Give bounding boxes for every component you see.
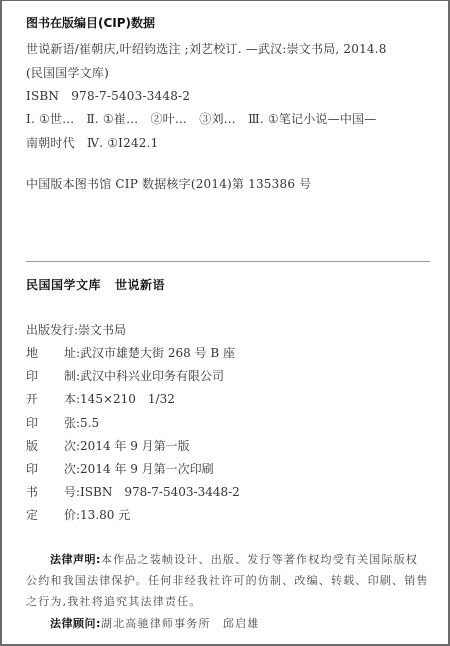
imprint-row: 开本:145×210 1/32 [26,390,175,407]
cip-line-isbn: ISBN 978-7-5403-3448-2 [26,87,190,104]
imprint-key: 印 [26,367,64,384]
imprint-publisher: 出版发行:崇文书局 [26,321,126,338]
imprint-row: 版次:2014 年 9 月第一版 [26,437,190,454]
cip-line-classification-1: Ⅰ. ①世… Ⅱ. ①崔… ②叶… ③刘… Ⅲ. ①笔记小说—中国— [26,110,376,127]
imprint-value: 张:5.5 [64,414,99,431]
imprint-row: 印次:2014 年 9 月第一次印刷 [26,460,214,477]
publisher-value: 崇文书局 [78,321,126,338]
imprint-value: 址:武汉市雄楚大街 268 号 B 座 [64,344,235,361]
section-divider [26,261,430,262]
imprint-row: 地址:武汉市雄楚大街 268 号 B 座 [26,344,235,361]
imprint-row: 印制:武汉中科兴业印务有限公司 [26,367,224,384]
imprint-row: 定价:13.80 元 [26,506,130,523]
legal-counsel-label: 法律顾问: [50,617,101,630]
imprint-value: 次:2014 年 9 月第一次印刷 [64,460,214,477]
imprint-key: 印 [26,414,64,431]
copyright-page: 图书在版编目(CIP)数据 世说新语/崔朝庆,叶绍钧选注 ;刘艺校订. —武汉:… [0,0,450,646]
cip-line-2: (民国国学文库) [26,64,109,81]
publisher-label: 出版发行: [26,321,78,338]
imprint-key: 定 [26,506,64,523]
legal-counsel-text: 湖北高驰律师事务所 邱启雄 [101,617,260,630]
imprint-value: 本:145×210 1/32 [64,390,175,407]
legal-counsel: 法律顾问:湖北高驰律师事务所 邱启雄 [26,613,430,634]
cip-line-classification-2: 南朝时代 Ⅳ. ①I242.1 [26,134,158,151]
book-title: 世说新语 [115,278,165,292]
legal-statement: 法律声明:本作品之装帧设计、出版、发行等著作权均受有关国际版权公约和我国法律保护… [26,549,430,612]
imprint-row: 印张:5.5 [26,414,99,431]
imprint-value: 号:ISBN 978-7-5403-3448-2 [64,483,240,500]
imprint-value: 价:13.80 元 [64,506,130,523]
imprint-row: 书号:ISBN 978-7-5403-3448-2 [26,483,240,500]
imprint-key: 地 [26,344,64,361]
cip-title: 图书在版编目(CIP)数据 [26,14,155,31]
cip-line-1: 世说新语/崔朝庆,叶绍钧选注 ;刘艺校订. —武汉:崇文书局, 2014.8 [26,40,387,57]
cip-verification-number: 中国版本图书馆 CIP 数据核字(2014)第 135386 号 [26,175,311,192]
imprint-key: 书 [26,483,64,500]
imprint-value: 次:2014 年 9 月第一版 [64,437,190,454]
series-heading: 民国国学文库世说新语 [26,276,165,293]
imprint-key: 印 [26,460,64,477]
imprint-key: 开 [26,390,64,407]
imprint-key: 版 [26,437,64,454]
legal-statement-label: 法律声明: [50,553,101,566]
series-name: 民国国学文库 [26,278,101,292]
imprint-value: 制:武汉中科兴业印务有限公司 [64,367,224,384]
